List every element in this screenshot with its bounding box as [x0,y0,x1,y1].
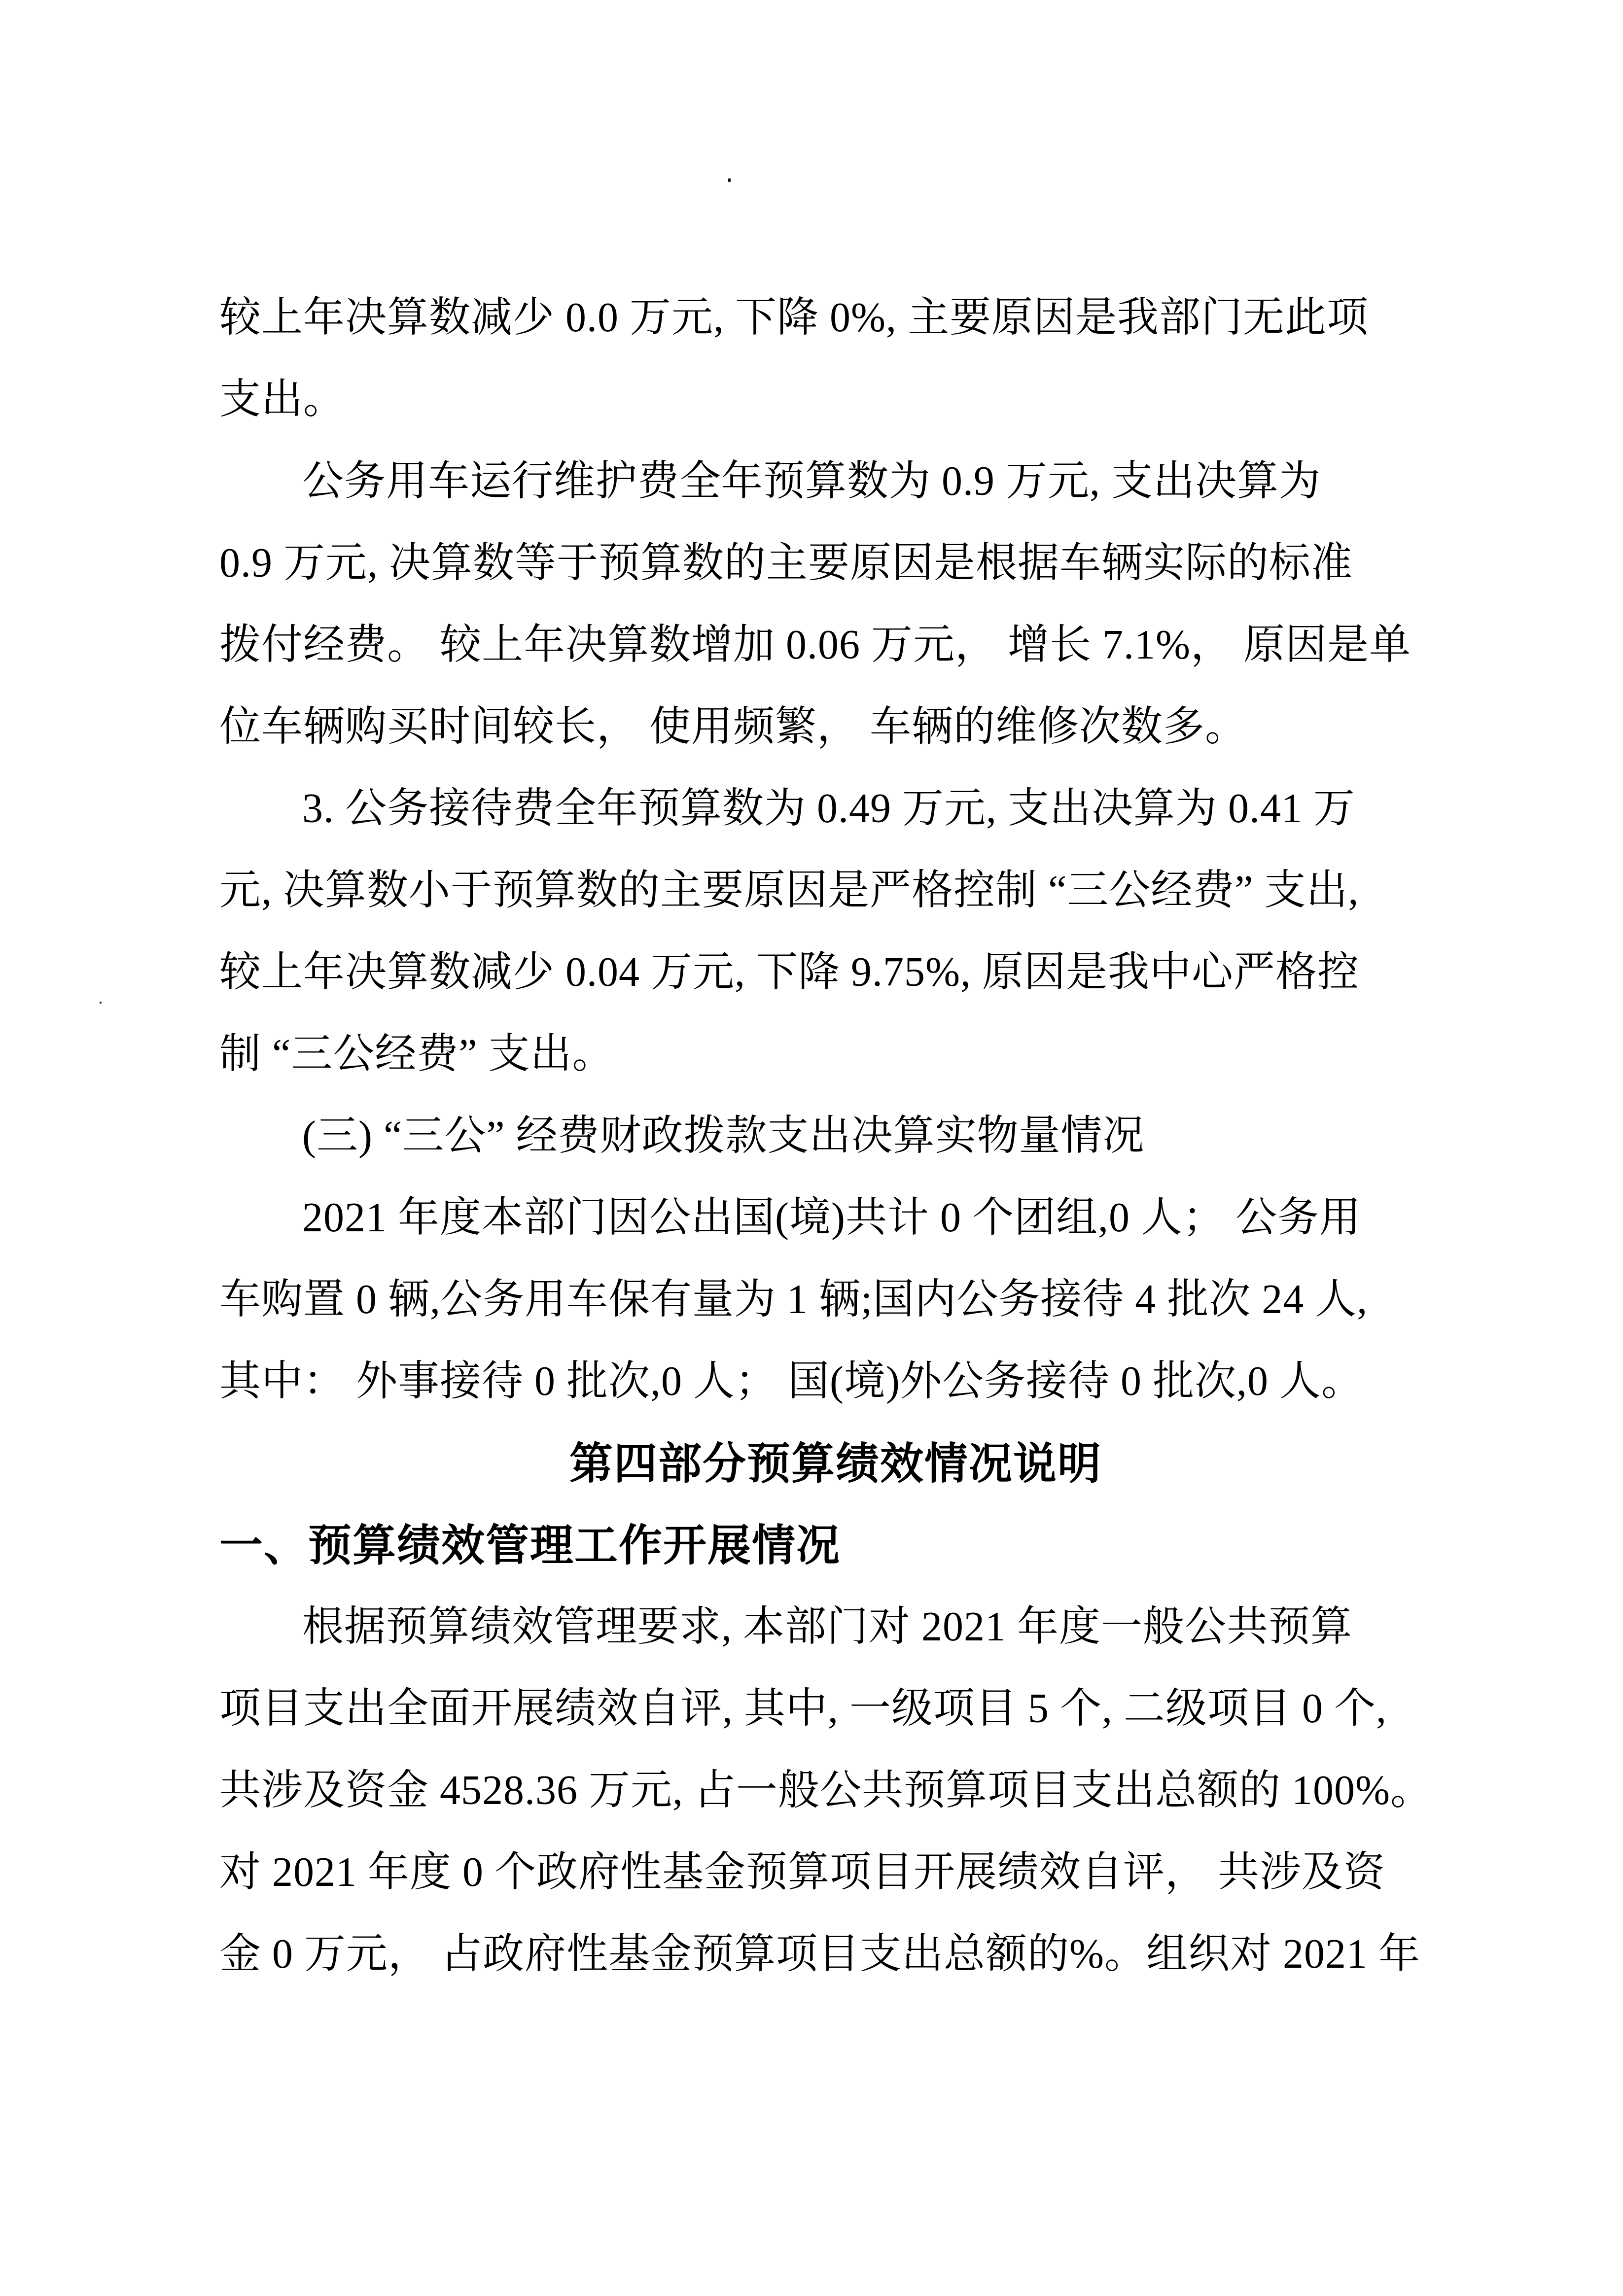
text-line-1: 较上年决算数减少 0.0 万元, 下降 0%, 主要原因是我部门无此项 [219,277,1452,359]
text-line-15: 第四部分预算绩效情况说明 [219,1423,1452,1504]
ink-speck-top-center [728,178,731,182]
text-line-20: 对 2021 年度 0 个政府性基金预算项目开展绩效自评， 共涉及资 [219,1832,1452,1913]
text-line-4: 0.9 万元, 决算数等于预算数的主要原因是根据车辆实际的标准 [219,522,1452,604]
ink-speck-left-margin [100,1002,102,1004]
text-line-3: 公务用车运行维护费全年预算数为 0.9 万元, 支出决算为 [219,441,1452,522]
text-line-19: 共涉及资金 4528.36 万元, 占一般公共预算项目支出总额的 100%。 [219,1750,1452,1832]
text-line-13: 车购置 0 辆,公务用车保有量为 1 辆;国内公务接待 4 批次 24 人, [219,1259,1452,1341]
text-line-6: 位车辆购买时间较长， 使用频繁， 车辆的维修次数多。 [219,686,1452,768]
text-line-8: 元, 决算数小于预算数的主要原因是严格控制 “三公经费” 支出, [219,850,1452,932]
text-line-10: 制 “三公经费” 支出。 [219,1013,1452,1095]
page-text-block: 较上年决算数减少 0.0 万元, 下降 0%, 主要原因是我部门无此项支出。公务… [219,277,1452,1995]
text-line-17: 根据预算绩效管理要求, 本部门对 2021 年度一般公共预算 [219,1586,1452,1668]
document-page: 较上年决算数减少 0.0 万元, 下降 0%, 主要原因是我部门无此项支出。公务… [0,0,1623,2296]
text-line-5: 拨付经费。 较上年决算数增加 0.06 万元， 增长 7.1%， 原因是单 [219,604,1452,686]
text-line-21: 金 0 万元， 占政府性基金预算项目支出总额的%。组织对 2021 年 [219,1913,1452,1995]
text-line-7: 3. 公务接待费全年预算数为 0.49 万元, 支出决算为 0.41 万 [219,768,1452,850]
text-line-12: 2021 年度本部门因公出国(境)共计 0 个团组,0 人； 公务用 [219,1177,1452,1259]
text-line-18: 项目支出全面开展绩效自评, 其中, 一级项目 5 个, 二级项目 0 个, [219,1668,1452,1750]
text-line-14: 其中： 外事接待 0 批次,0 人； 国(境)外公务接待 0 批次,0 人。 [219,1341,1452,1423]
text-line-2: 支出。 [219,359,1452,441]
text-line-16: 一、预算绩效管理工作开展情况 [219,1504,1452,1586]
text-line-11: (三) “三公” 经费财政拨款支出决算实物量情况 [219,1095,1452,1177]
text-line-9: 较上年决算数减少 0.04 万元, 下降 9.75%, 原因是我中心严格控 [219,932,1452,1013]
